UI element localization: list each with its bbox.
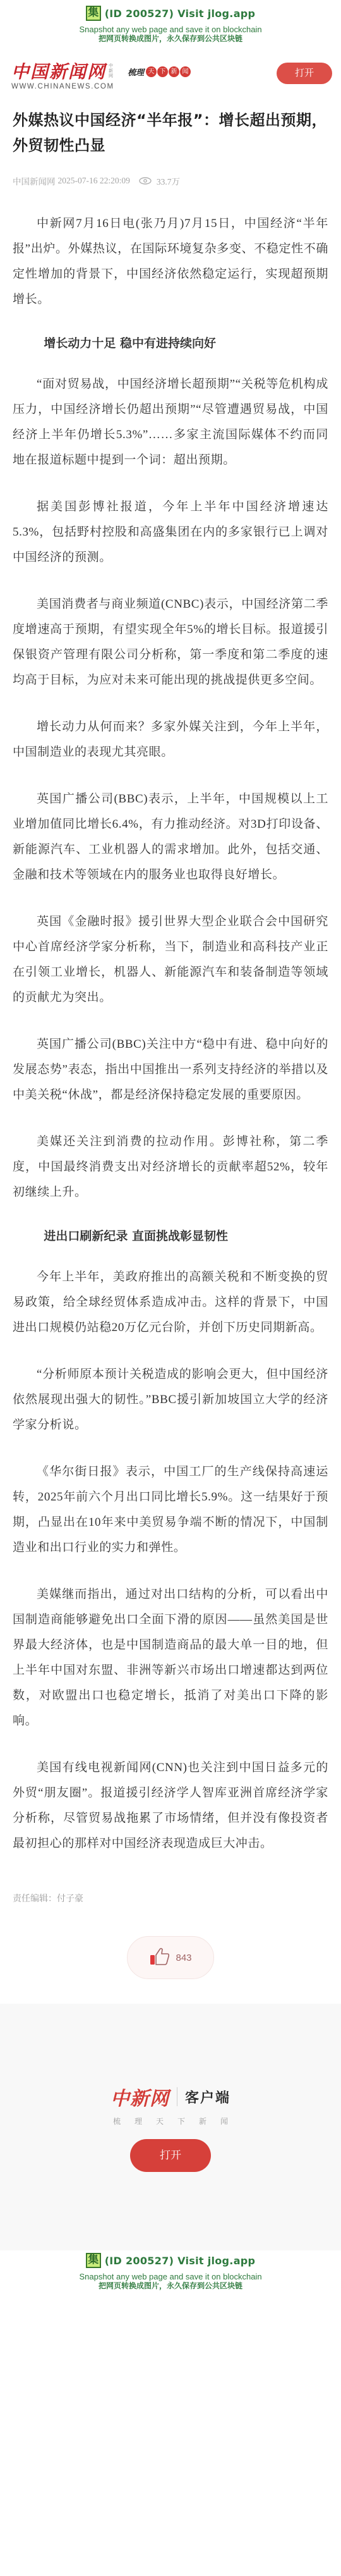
- paragraph: “分析师原本预计关税造成的影响会更大，但中国经济依然展现出强大的韧性。”BBC援…: [13, 1362, 328, 1438]
- site-logo[interactable]: 中国新闻网 中新网 WWW.CHINANEWS.COM: [11, 62, 115, 90]
- paragraph: 英国广播公司(BBC)表示，上半年，中国规模以上工业增加值同比增长6.4%，有力…: [13, 787, 328, 888]
- like-section: 843: [13, 1936, 328, 1979]
- article-meta: 中国新闻网 2025-07-16 22:20:09 33.7万: [13, 175, 328, 187]
- watermark-id: (ID 200527) Visit jlog.app: [105, 8, 256, 20]
- paragraph: 增长动力从何而来？多家外媒关注到，今年上半年，中国制造业的表现尤其亮眼。: [13, 715, 328, 765]
- paragraph: 今年上半年，美政府推出的高额关税和不断变换的贸易政策，给全球经贸体系造成冲击。这…: [13, 1265, 328, 1340]
- site-header: 中国新闻网 中新网 WWW.CHINANEWS.COM 梳理 天 下 新 闻 打…: [0, 53, 341, 99]
- like-count: 843: [176, 1953, 191, 1963]
- paragraph: 美国有线电视新闻网(CNN)也关注到中国日益多元的外贸“朋友圈”。报道援引经济学…: [13, 1755, 328, 1856]
- promo-logo: 中新网 客户端: [111, 2083, 230, 2111]
- jlog-badge-icon: 集: [86, 6, 101, 21]
- article-title: 外媒热议中国经济“半年报”：增长超出预期，外贸韧性凸显: [13, 107, 328, 158]
- promo-slogan: 梳理天下新闻: [113, 2116, 242, 2126]
- promo-logo-text: 中新网: [111, 2083, 169, 2111]
- logo-text: 中国新闻网: [11, 62, 106, 82]
- slogan-dot: 闻: [180, 66, 191, 77]
- promo-open-button[interactable]: 打开: [130, 2139, 211, 2172]
- paragraph: 据美国彭博社报道，今年上半年中国经济增速达5.3%，包括野村控股和高盛集团在内的…: [13, 494, 328, 570]
- watermark-tagline-cn: 把网页转换成图片，永久保存到公共区块链: [0, 2281, 341, 2291]
- section-heading: 进出口刷新纪录 直面挑战彰显韧性: [13, 1227, 328, 1246]
- header-slogan: 梳理 天 下 新 闻: [128, 66, 191, 78]
- jlog-badge-icon: 集: [86, 2253, 101, 2268]
- watermark-banner-bottom: 集 (ID 200527) Visit jlog.app Snapshot an…: [0, 2250, 341, 2303]
- slogan-dot: 天: [146, 66, 157, 77]
- eye-icon: [139, 177, 152, 185]
- article-source: 中国新闻网: [13, 175, 56, 187]
- divider: [177, 2087, 177, 2106]
- responsible-editor: 责任编辑：付子豪: [13, 1892, 328, 1904]
- watermark-tagline-en: Snapshot any web page and save it on blo…: [0, 25, 341, 34]
- paragraph: 英国广播公司(BBC)关注中方“稳中有进、稳中向好的发展态势”表态，指出中国推出…: [13, 1032, 328, 1108]
- logo-vertical-text: 中新网: [109, 63, 115, 78]
- section-heading: 增长动力十足 稳中有进持续向好: [13, 334, 328, 353]
- logo-url: WWW.CHINANEWS.COM: [11, 83, 115, 90]
- paragraph: 美媒继而指出，通过对出口结构的分析，可以看出中国制造商能够避免出口全面下滑的原因…: [13, 1582, 328, 1734]
- paragraph: “面对贸易战，中国经济增长超预期”“关税等危机构成压力，中国经济增长仍超出预期”…: [13, 372, 328, 473]
- slogan-dot: 下: [157, 66, 168, 77]
- slogan-dot: 新: [169, 66, 179, 77]
- paragraph: 美媒还关注到消费的拉动作用。彭博社称，第二季度，中国最终消费支出对经济增长的贡献…: [13, 1129, 328, 1205]
- paragraph: 美国消费者与商业频道(CNBC)表示，中国经济第二季度增速高于预期，有望实现全年…: [13, 592, 328, 693]
- article-datetime: 2025-07-16 22:20:09: [58, 176, 130, 186]
- paragraph: 英国《金融时报》援引世界大型企业联合会中国研究中心首席经济学家分析称，当下，制造…: [13, 909, 328, 1010]
- like-button[interactable]: 843: [127, 1936, 214, 1979]
- watermark-id: (ID 200527) Visit jlog.app: [105, 2255, 256, 2267]
- view-count: 33.7万: [157, 175, 180, 187]
- app-promo: 中新网 客户端 梳理天下新闻 打开: [0, 2004, 341, 2250]
- slogan-ink-text: 梳理: [128, 66, 144, 78]
- watermark-tagline-cn: 把网页转换成图片，永久保存到公共区块链: [0, 34, 341, 44]
- article: 外媒热议中国经济“半年报”：增长超出预期，外贸韧性凸显 中国新闻网 2025-0…: [0, 107, 341, 1979]
- article-body: 中新网7月16日电(张乃月)7月15日，中国经济“半年报”出炉。外媒热议，在国际…: [13, 211, 328, 1856]
- paragraph: 中新网7月16日电(张乃月)7月15日，中国经济“半年报”出炉。外媒热议，在国际…: [13, 211, 328, 312]
- promo-app-label: 客户端: [185, 2087, 230, 2107]
- watermark-banner-top: 集 (ID 200527) Visit jlog.app Snapshot an…: [0, 0, 341, 53]
- open-app-button[interactable]: 打开: [277, 63, 332, 84]
- thumbs-up-icon: [149, 1947, 170, 1968]
- paragraph: 《华尔街日报》表示，中国工厂的生产线保持高速运转，2025年前六个月出口同比增长…: [13, 1459, 328, 1561]
- watermark-tagline-en: Snapshot any web page and save it on blo…: [0, 2272, 341, 2281]
